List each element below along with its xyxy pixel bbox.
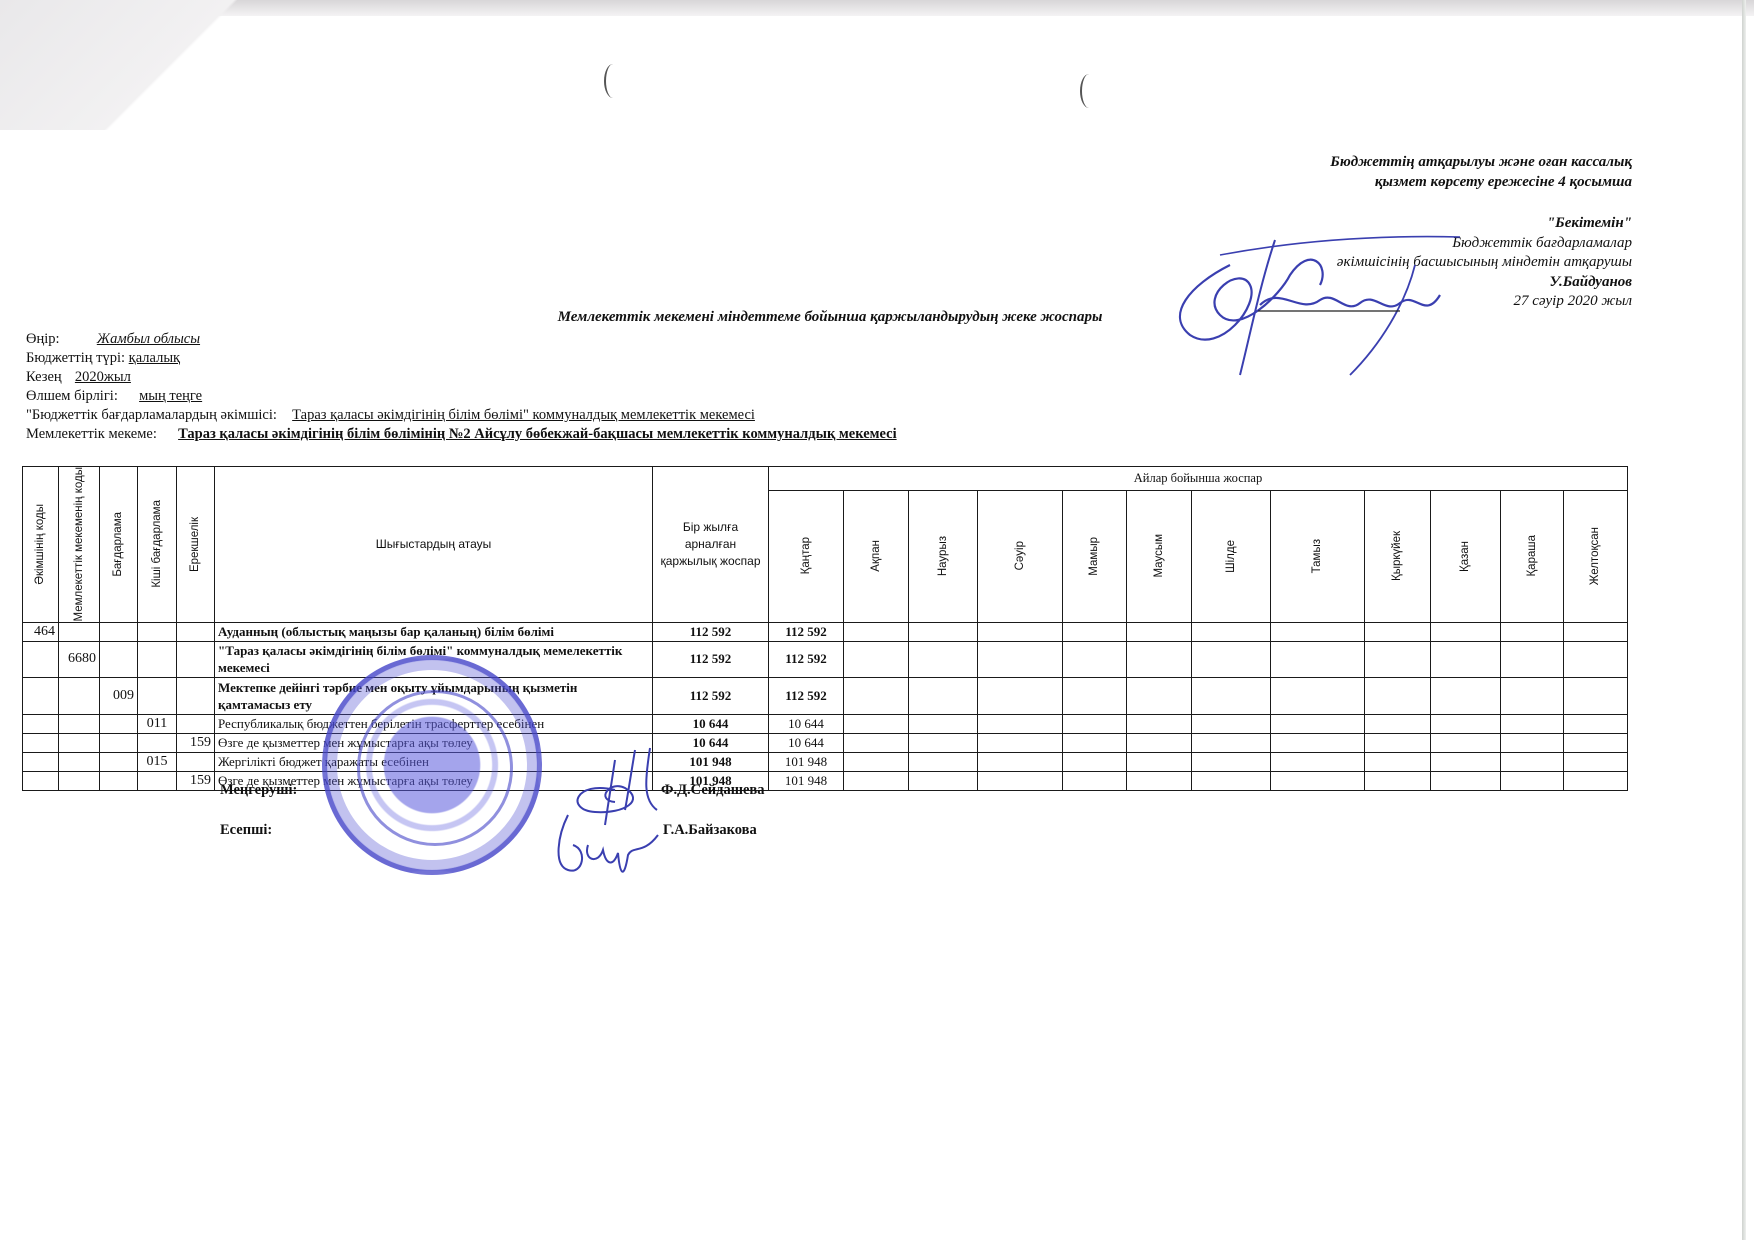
cell-month-value [1271, 771, 1365, 790]
cell-subprogram [138, 622, 177, 641]
cell-month-value [1127, 752, 1192, 771]
cell-month-value [1127, 677, 1192, 714]
appendix-line-2: қызмет көрсету ережесіне 4 қосымша [1330, 172, 1632, 192]
scan-top-band [0, 0, 1754, 16]
scan-fold-shadow [0, 0, 260, 130]
cell-month-value [844, 733, 909, 752]
cell-specific: 159 [177, 771, 215, 790]
accountant-label: Есепші: [220, 822, 272, 839]
cell-specific [177, 622, 215, 641]
cell-month-value [844, 752, 909, 771]
cell-month-value [1365, 771, 1431, 790]
cell-month-value [1271, 733, 1365, 752]
col-month: Сәуір [978, 490, 1063, 622]
cell-month-value [844, 622, 909, 641]
cell-program: 009 [100, 677, 138, 714]
table-row: 159Өзге де қызметтер мен жұмыстарға ақы … [23, 733, 1628, 752]
cell-institution-code [59, 752, 100, 771]
cell-month-value [1564, 752, 1628, 771]
cell-subprogram [138, 641, 177, 677]
col-month: Шілде [1192, 490, 1271, 622]
appendix-note: Бюджеттің атқарылуы және оған кассалық қ… [1330, 152, 1632, 192]
cell-month-value [1192, 714, 1271, 733]
cell-annual-plan: 112 592 [653, 677, 769, 714]
cell-month-value [909, 752, 978, 771]
cell-month-value [1501, 733, 1564, 752]
cell-specific [177, 641, 215, 677]
meta-unit: Өлшем бірлігі: мың теңге [26, 387, 202, 406]
col-month: Тамыз [1271, 490, 1365, 622]
cell-month-value [844, 714, 909, 733]
cell-month-value [1192, 771, 1271, 790]
col-month: Қаңтар [769, 490, 844, 622]
cell-month-value [1501, 752, 1564, 771]
cell-month-value [1501, 771, 1564, 790]
cell-month-value [1127, 771, 1192, 790]
region-value: Жамбыл облысы [97, 331, 200, 347]
cell-month-value [909, 771, 978, 790]
institution-value: Тараз қаласы әкімдігінің білім бөлімінің… [178, 426, 897, 442]
cell-month-value [1127, 641, 1192, 677]
accountant-name: Г.А.Байзакова [663, 822, 757, 839]
cell-month-value [909, 733, 978, 752]
cell-institution-code [59, 714, 100, 733]
cell-month-value [978, 733, 1063, 752]
cell-institution-code [59, 733, 100, 752]
cell-admin-code: 464 [23, 622, 59, 641]
cell-month-value [978, 641, 1063, 677]
cell-month-value [1431, 733, 1501, 752]
appendix-line-1: Бюджеттің атқарылуы және оған кассалық [1330, 152, 1632, 172]
cell-month-value [1271, 622, 1365, 641]
meta-period: Кезең 2020жыл [26, 368, 131, 387]
col-admin-code: Әкімшінің коды [23, 467, 59, 623]
cell-month-value: 112 592 [769, 622, 844, 641]
table-row: 011Республикалық бюджеттен берілетін тра… [23, 714, 1628, 733]
cell-subprogram [138, 733, 177, 752]
cell-program [100, 622, 138, 641]
accountant-signature [548, 805, 668, 885]
cell-month-value [1431, 622, 1501, 641]
cell-annual-plan: 112 592 [653, 641, 769, 677]
cell-admin-code [23, 677, 59, 714]
cell-month-value [909, 714, 978, 733]
cell-month-value [844, 677, 909, 714]
cell-month-value [1365, 677, 1431, 714]
cell-institution-code [59, 677, 100, 714]
cell-subprogram: 011 [138, 714, 177, 733]
cell-month-value [844, 771, 909, 790]
cell-month-value [1501, 714, 1564, 733]
col-institution-code: Мемлекеттік мекеменің коды [59, 467, 100, 623]
cell-month-value [978, 677, 1063, 714]
table-row: 6680"Тараз қаласы әкімдігінің білім бөлі… [23, 641, 1628, 677]
administrator-value: Тараз қаласы әкімдігінің білім бөлімі" к… [292, 407, 755, 423]
cell-month-value [1564, 771, 1628, 790]
cell-month-value [978, 752, 1063, 771]
cell-month-value: 101 948 [769, 771, 844, 790]
col-month: Маусым [1127, 490, 1192, 622]
col-month: Наурыз [909, 490, 978, 622]
page-edge [1742, 0, 1746, 1240]
cell-month-value [1192, 677, 1271, 714]
table-row: 015Жергілікті бюджет қаражаты есебінен10… [23, 752, 1628, 771]
cell-month-value [1365, 622, 1431, 641]
cell-institution-code [59, 622, 100, 641]
cell-month-value [1271, 641, 1365, 677]
cell-month-value [1431, 677, 1501, 714]
approver-signature [1160, 225, 1460, 385]
cell-admin-code [23, 641, 59, 677]
cell-month-value [1063, 641, 1127, 677]
administrator-label: "Бюджеттік бағдарламалардың әкімшісі: [26, 407, 277, 423]
cell-specific [177, 677, 215, 714]
cell-month-value: 10 644 [769, 733, 844, 752]
table-row: 009Мектепке дейінгі тәрбие мен оқыту ұйы… [23, 677, 1628, 714]
cell-month-value: 112 592 [769, 677, 844, 714]
head-label: Меңгеруші: [220, 782, 297, 799]
col-annual-plan: Бір жылға арналған қаржылық жоспар [653, 467, 769, 623]
cell-month-value [844, 641, 909, 677]
cell-month-value [1501, 641, 1564, 677]
cell-month-value [1431, 641, 1501, 677]
cell-admin-code [23, 733, 59, 752]
cell-month-value: 10 644 [769, 714, 844, 733]
cell-program [100, 752, 138, 771]
cell-expense-name: Ауданның (облыстық маңызы бар қаланың) б… [215, 622, 653, 641]
cell-month-value [1271, 752, 1365, 771]
cell-month-value [1271, 714, 1365, 733]
col-month: Қараша [1501, 490, 1564, 622]
cell-subprogram [138, 771, 177, 790]
col-group-monthly: Айлар бойынша жоспар [769, 467, 1628, 491]
cell-subprogram [138, 677, 177, 714]
meta-administrator: "Бюджеттік бағдарламалардың әкімшісі: Та… [26, 406, 755, 425]
col-expense-name: Шығыстардың атауы [215, 467, 653, 623]
cell-month-value [1564, 733, 1628, 752]
table-row: 464Ауданның (облыстық маңызы бар қаланың… [23, 622, 1628, 641]
cell-institution-code: 6680 [59, 641, 100, 677]
unit-label: Өлшем бірлігі: [26, 388, 118, 404]
cell-month-value [978, 714, 1063, 733]
table-body: 464Ауданның (облыстық маңызы бар қаланың… [23, 622, 1628, 790]
cell-month-value [1564, 714, 1628, 733]
cell-program [100, 733, 138, 752]
col-month: Ақпан [844, 490, 909, 622]
cell-month-value [1127, 733, 1192, 752]
cell-month-value [1365, 714, 1431, 733]
cell-month-value [1564, 641, 1628, 677]
cell-month-value [1063, 622, 1127, 641]
cell-institution-code [59, 771, 100, 790]
cell-admin-code [23, 752, 59, 771]
cell-admin-code [23, 714, 59, 733]
cell-specific [177, 714, 215, 733]
cell-month-value [1365, 733, 1431, 752]
head-name: Ф.Д.Сейдашева [661, 782, 764, 799]
budget-type-label: Бюджеттің түрі: [26, 350, 125, 366]
institution-label: Мемлекеттік мекеме: [26, 426, 157, 442]
cell-month-value [1127, 622, 1192, 641]
cell-program [100, 641, 138, 677]
meta-institution: Мемлекеттік мекеме: Тараз қаласы әкімдіг… [26, 425, 897, 444]
cell-month-value [1063, 677, 1127, 714]
cell-specific [177, 752, 215, 771]
cell-month-value: 101 948 [769, 752, 844, 771]
cell-month-value [1501, 677, 1564, 714]
cell-month-value [1063, 714, 1127, 733]
stamp-inner-ring [357, 690, 513, 846]
cell-admin-code [23, 771, 59, 790]
cell-month-value [909, 622, 978, 641]
cell-month-value [1365, 641, 1431, 677]
cell-annual-plan: 112 592 [653, 622, 769, 641]
cell-month-value [1431, 714, 1501, 733]
col-month: Желтоқсан [1564, 490, 1628, 622]
cell-program [100, 771, 138, 790]
cell-month-value: 112 592 [769, 641, 844, 677]
cell-month-value [978, 771, 1063, 790]
cell-month-value [1127, 714, 1192, 733]
document-title: Мемлекеттік мекемені міндеттеме бойынша … [540, 309, 1120, 326]
cell-month-value [1063, 752, 1127, 771]
cell-month-value [1063, 771, 1127, 790]
financing-plan-table: Әкімшінің коды Мемлекеттік мекеменің код… [22, 466, 1628, 791]
col-month: Қазан [1431, 490, 1501, 622]
cell-month-value [1365, 752, 1431, 771]
cell-month-value [1192, 622, 1271, 641]
cell-month-value [1192, 641, 1271, 677]
cell-annual-plan: 10 644 [653, 714, 769, 733]
punch-hole-right [1080, 74, 1098, 108]
cell-specific: 159 [177, 733, 215, 752]
budget-type-value: қалалық [129, 350, 180, 366]
cell-month-value [1564, 622, 1628, 641]
cell-month-value [1271, 677, 1365, 714]
cell-month-value [909, 641, 978, 677]
cell-month-value [1564, 677, 1628, 714]
meta-region: Өңір: Жамбыл облысы [26, 330, 200, 349]
meta-budget-type: Бюджеттің түрі: қалалық [26, 349, 180, 368]
cell-month-value [1063, 733, 1127, 752]
cell-month-value [1192, 752, 1271, 771]
cell-program [100, 714, 138, 733]
col-month: Қыркүйек [1365, 490, 1431, 622]
cell-month-value [909, 677, 978, 714]
col-month: Мамыр [1063, 490, 1127, 622]
cell-month-value [1431, 771, 1501, 790]
period-value: 2020жыл [75, 369, 131, 385]
punch-hole-left [604, 64, 622, 98]
region-label: Өңір: [26, 331, 60, 347]
col-subprogram: Кіші бағдарлама [138, 467, 177, 623]
cell-month-value [1192, 733, 1271, 752]
cell-subprogram: 015 [138, 752, 177, 771]
cell-month-value [1501, 622, 1564, 641]
col-program: Бағдарлама [100, 467, 138, 623]
period-label: Кезең [26, 369, 62, 385]
cell-month-value [978, 622, 1063, 641]
cell-month-value [1431, 752, 1501, 771]
unit-value: мың теңге [139, 388, 202, 404]
col-specific: Ерекшелік [177, 467, 215, 623]
